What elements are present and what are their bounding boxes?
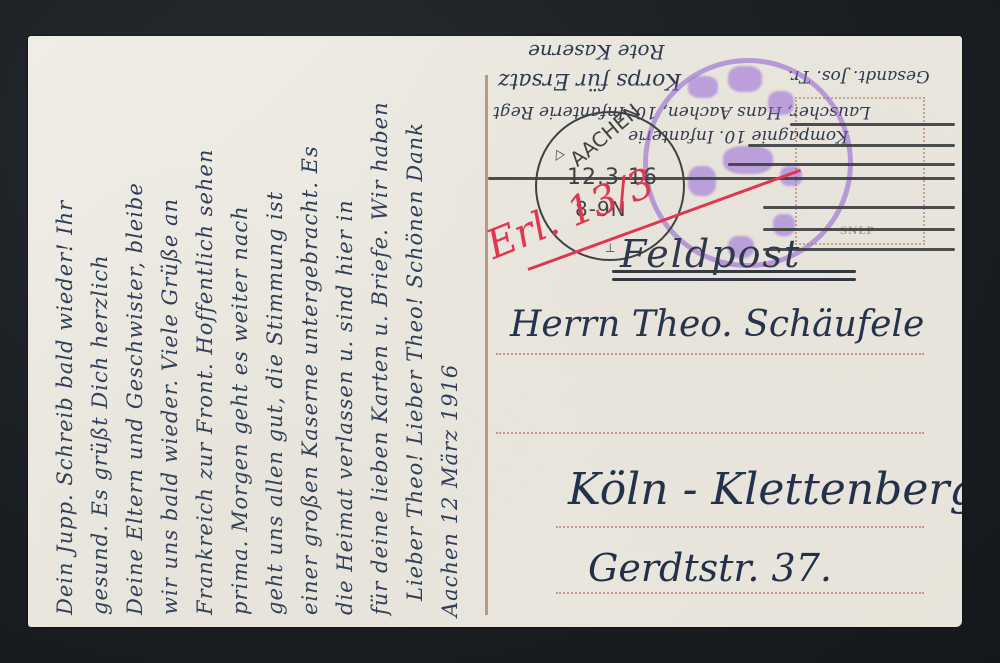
message-line: für deine lieben Karten u. Briefe. Wir h… [368,101,392,615]
message-line: einer großen Kaserne untergebracht. Es [298,145,322,615]
cancellation-bar [748,144,955,147]
sender-line: Rote Kaserne [528,40,665,64]
cancellation-bar [728,163,955,166]
message-line: Dein Jupp. Schreib bald wieder! Ihr [53,200,77,615]
violet-cachet-mark [728,66,762,92]
cancellation-bar [790,123,955,126]
message-line: geht uns allen gut, die Stimmung ist [263,191,287,615]
violet-cachet-mark [768,91,794,115]
postmark-triangle-icon: ◁ [549,148,567,164]
message-line: die Heimat verlassen u. sind hier in [333,199,357,615]
message-line: Lieber Theo! Lieber Theo! Schönen Dank [403,122,427,601]
violet-cachet-mark [723,146,773,174]
address-rule [556,526,924,528]
cancellation-bar [763,228,955,231]
feldpost-underline [612,278,856,281]
postmark-bottom-mark: ⊥ [605,241,615,255]
address-rule [496,353,924,355]
address-city: Köln - Klettenberg [568,464,962,515]
cancellation-bar [763,206,955,209]
message-line: wir uns bald wieder. Viele Grüße an [158,198,182,615]
address-recipient: Herrn Theo. Schäufele [510,304,924,345]
address-rule [496,432,924,434]
sender-line: Korps für Ersatz [498,68,681,93]
violet-cachet-mark [688,166,716,196]
feldpost-underline [612,270,856,273]
violet-cachet-mark [688,76,718,98]
message-area: Aachen 12 März 1916 Lieber Theo! Lieber … [28,36,483,627]
postcard: Aachen 12 März 1916 Lieber Theo! Lieber … [28,36,962,627]
message-line-date: Aachen 12 März 1916 [438,57,462,617]
message-line: Deine Eltern und Geschwister, bleibe [123,182,147,615]
message-line: gesund. Es grüßt Dich herzlich [88,254,112,615]
message-line: Frankreich zur Front. Hoffentlich sehen [193,149,217,615]
address-rule [556,592,924,594]
message-line: prima. Morgen geht es weiter nach [228,205,252,615]
center-divider [485,75,488,615]
address-street: Gerdtstr. 37. [588,546,832,590]
